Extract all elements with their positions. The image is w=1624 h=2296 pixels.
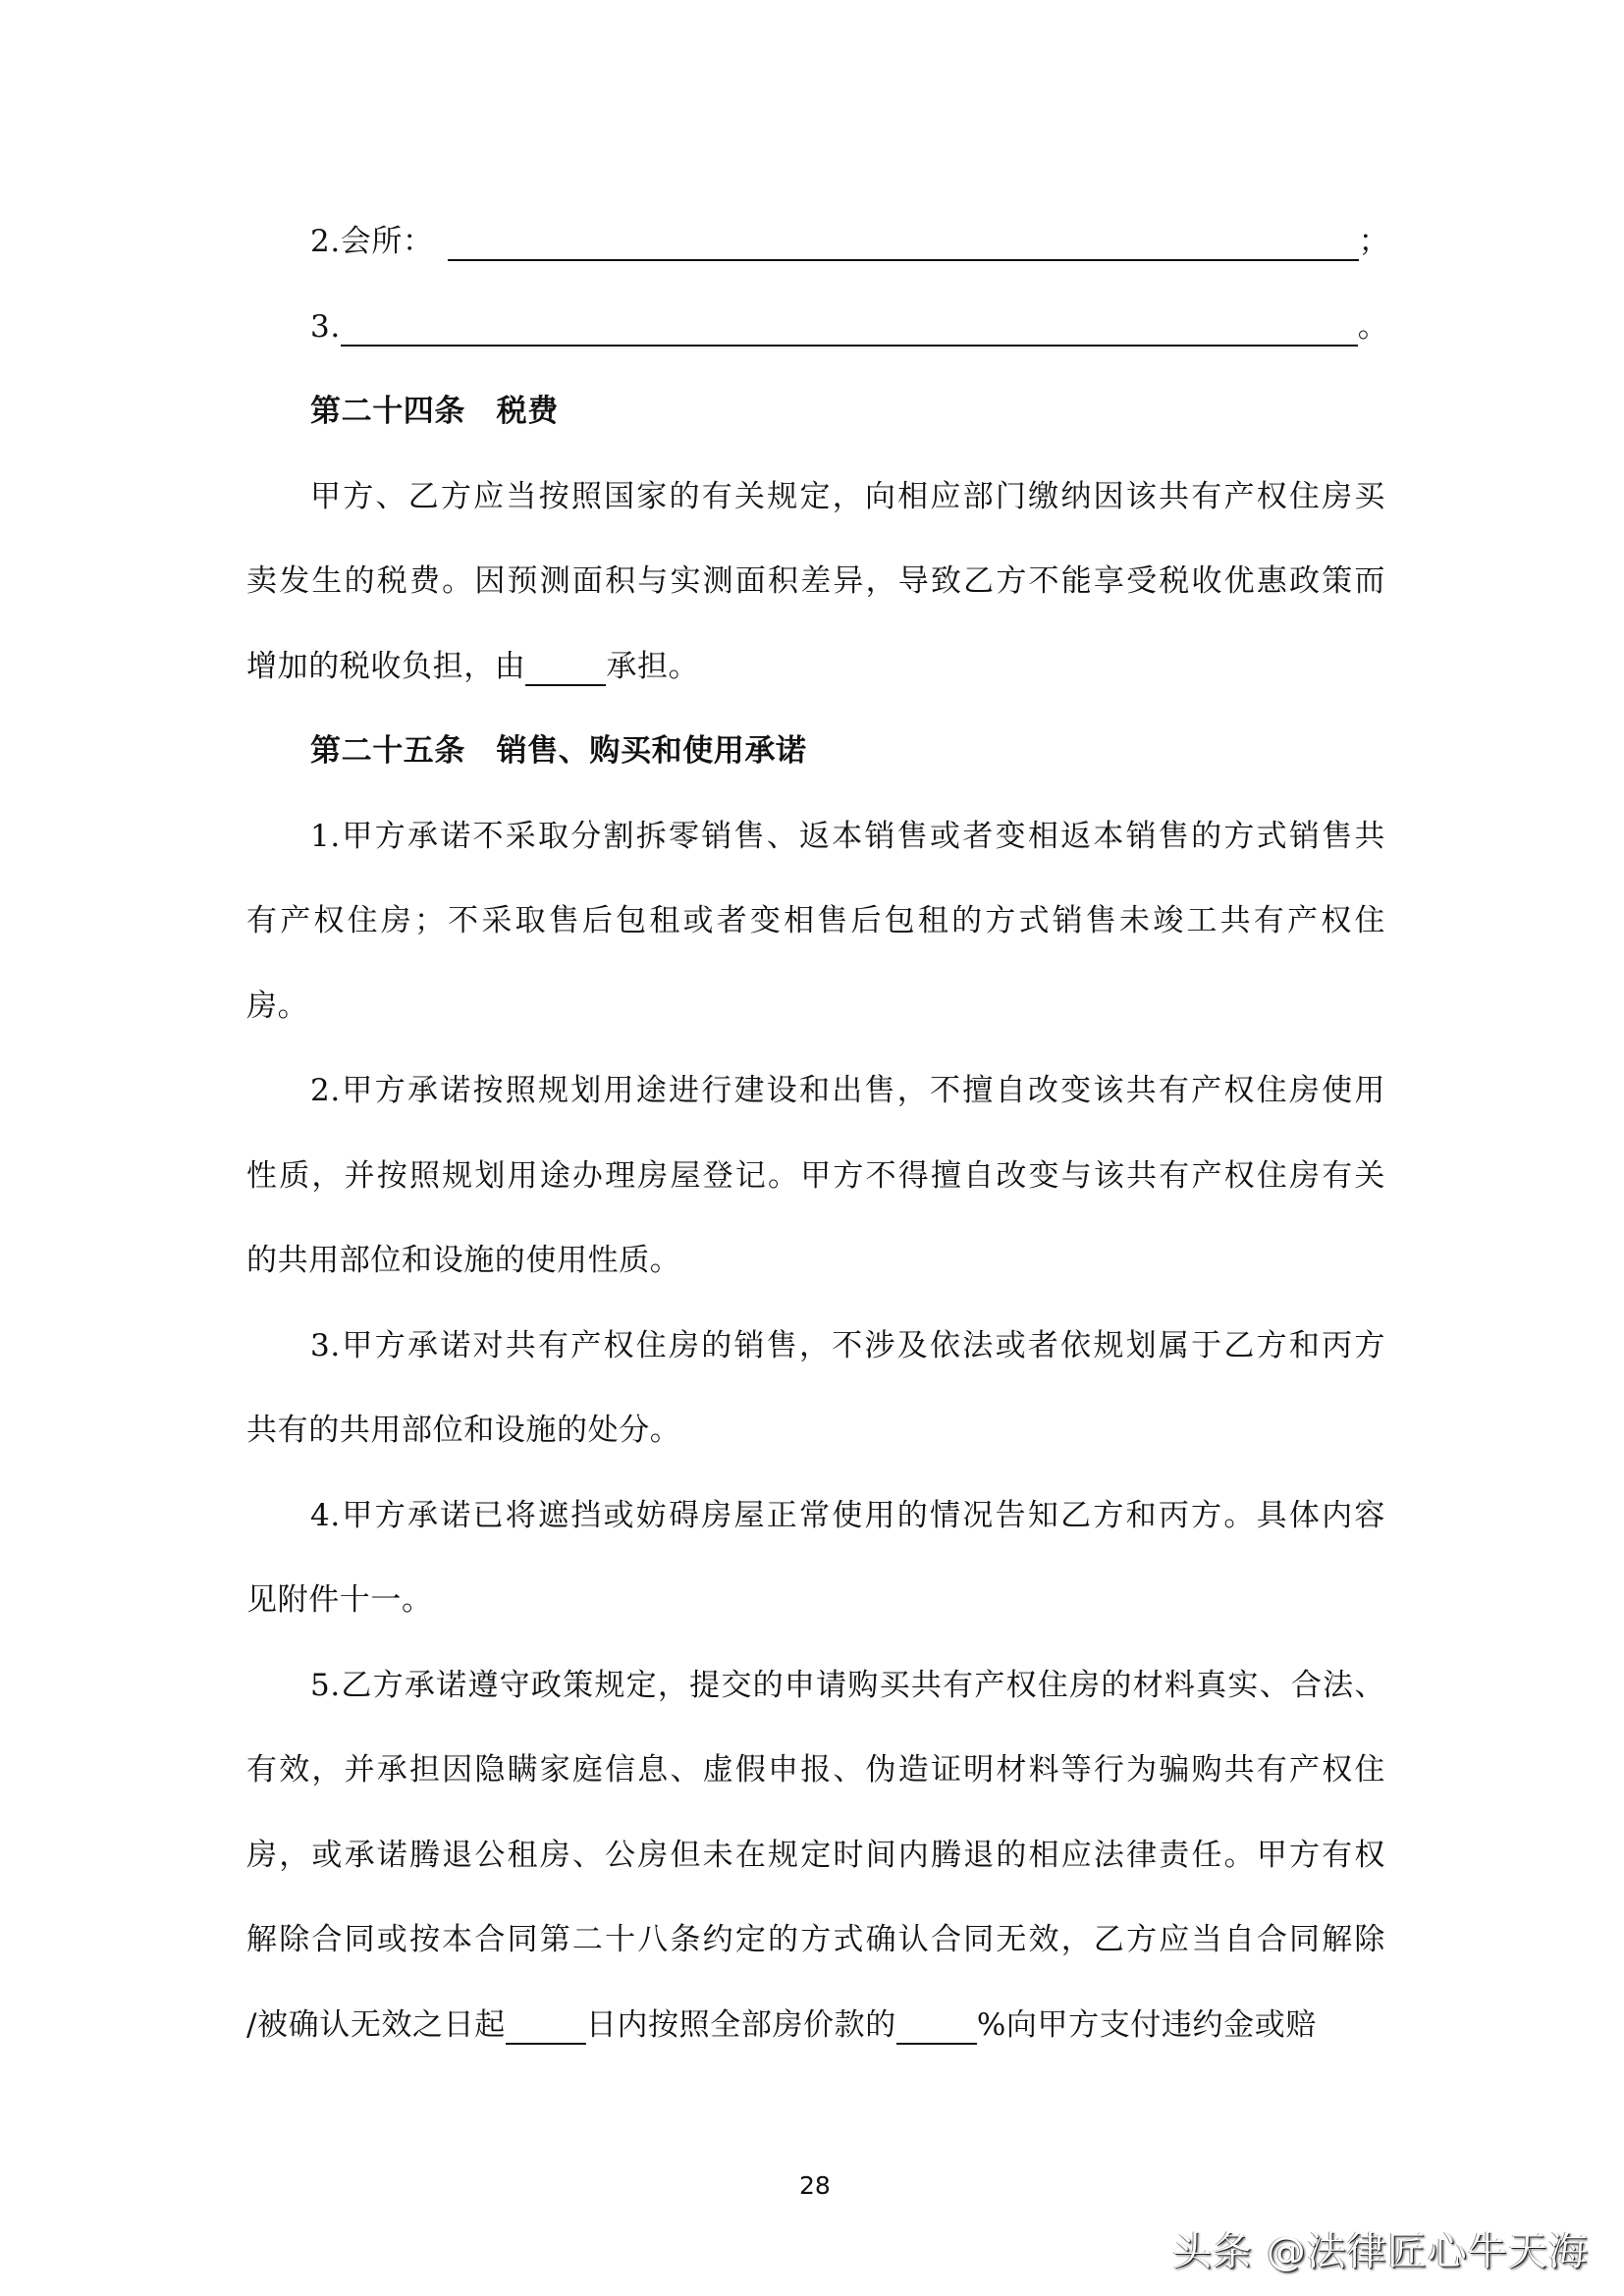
article-25-item-1: 房。 xyxy=(246,987,1385,1026)
article-24-line: 卖发生的税费。因预测面积与实测面积差异，导致乙方不能享受税收优惠政策而 xyxy=(246,561,1385,601)
article-25-item-4: 见附件十一。 xyxy=(246,1580,1385,1620)
article-25-item-4: 4.甲方承诺已将遮挡或妨碍房屋正常使用的情况告知乙方和丙方。具体内容 xyxy=(310,1496,1385,1535)
article-24-text: 承担。 xyxy=(606,649,699,684)
blank-field-percent[interactable] xyxy=(896,2013,977,2045)
item-5-text: /被确认无效之日起 xyxy=(246,2007,506,2043)
article-24-heading: 第二十四条 税费 xyxy=(310,392,1385,431)
article-24-text: 增加的税收负担，由 xyxy=(246,649,525,684)
article-25-heading: 第二十五条 销售、购买和使用承诺 xyxy=(310,731,1385,771)
article-24-line: 甲方、乙方应当按照国家的有关规定，向相应部门缴纳因该共有产权住房买 xyxy=(310,477,1385,516)
article-25-item-1: 1.甲方承诺不采取分割拆零销售、返本销售或者变相返本销售的方式销售共 xyxy=(310,817,1385,856)
article-25-item-1: 有产权住房；不采取售后包租或者变相售后包租的方式销售未竣工共有产权住 xyxy=(246,901,1385,940)
item-clubhouse-end: ； xyxy=(1359,224,1390,259)
article-25-item-5: 房，或承诺腾退公租房、公房但未在规定时间内腾退的相应法律责任。甲方有权 xyxy=(246,1836,1385,1875)
article-25-item-2: 2.甲方承诺按照规划用途进行建设和出售，不擅自改变该共有产权住房使用 xyxy=(310,1071,1385,1110)
item-5-text: 日内按照全部房价款的 xyxy=(586,2007,896,2043)
item-3-label: 3. xyxy=(310,309,341,345)
blank-field-tax-bearer[interactable] xyxy=(525,655,606,686)
item-clubhouse: 2.会所：； xyxy=(310,222,1385,261)
blank-field-item-3[interactable] xyxy=(341,315,1358,347)
blank-field-days[interactable] xyxy=(506,2013,586,2045)
article-25-item-5: 解除合同或按本合同第二十八条约定的方式确认合同无效，乙方应当自合同解除 xyxy=(246,1920,1385,1959)
article-25-item-3: 3.甲方承诺对共有产权住房的销售，不涉及依法或者依规划属于乙方和丙方 xyxy=(310,1326,1385,1365)
watermark: 头条 @法律匠心牛天海 xyxy=(1172,2220,1589,2276)
article-25-item-5: 有效，并承担因隐瞒家庭信息、虚假申报、伪造证明材料等行为骗购共有产权住 xyxy=(246,1750,1385,1789)
item-clubhouse-label: 2.会所： xyxy=(310,224,434,259)
item-3: 3.。 xyxy=(310,307,1385,347)
article-24-last-line: 增加的税收负担，由承担。 xyxy=(246,647,1385,686)
page-number: 28 xyxy=(799,2171,831,2200)
article-25-item-5-last: /被确认无效之日起日内按照全部房价款的%向甲方支付违约金或赔 xyxy=(246,2005,1385,2045)
document-page: 2.会所：； 3.。 第二十四条 税费 甲方、乙方应当按照国家的有关规定，向相应… xyxy=(0,0,1624,2296)
item-5-text: %向甲方支付违约金或赔 xyxy=(977,2007,1317,2043)
blank-field-clubhouse[interactable] xyxy=(448,230,1359,261)
article-25-item-2: 性质，并按照规划用途办理房屋登记。甲方不得擅自改变与该共有产权住房有关 xyxy=(246,1156,1385,1196)
article-25-item-2: 的共用部位和设施的使用性质。 xyxy=(246,1241,1385,1280)
article-25-item-3: 共有的共用部位和设施的处分。 xyxy=(246,1411,1385,1450)
article-25-item-5: 5.乙方承诺遵守政策规定，提交的申请购买共有产权住房的材料真实、合法、 xyxy=(310,1666,1385,1705)
item-3-end: 。 xyxy=(1358,309,1389,345)
